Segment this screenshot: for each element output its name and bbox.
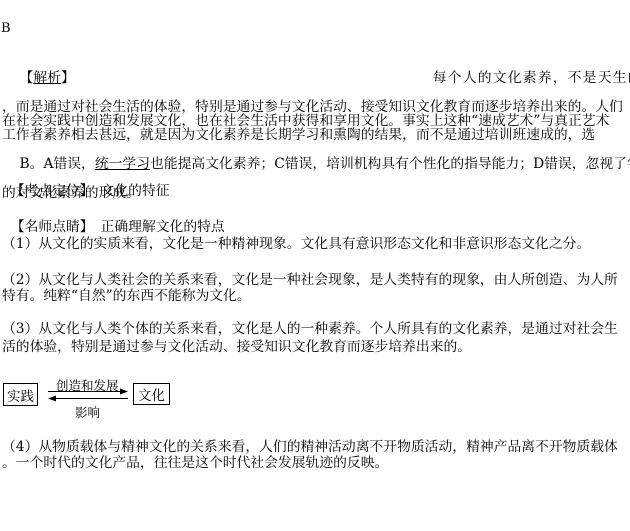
exam-point-tag: 【考点定位】 — [11, 183, 94, 199]
answer-letter: B — [1, 21, 11, 36]
analysis-line-5-post: 也能提高文化素养；C错误，培训机构具有个性化的指导能力；D错误，忽视了学习 — [150, 156, 630, 172]
practice-culture-diagram: 实践 文化 创造和发展 影响 — [0, 370, 200, 422]
tip-point-4-line-2: 。一个时代的文化产品，往往是这个时代社会发展轨迹的反映。 — [2, 455, 618, 471]
tip-point-2-line-2: 特有。纯粹“自然”的东西不能称为文化。 — [2, 288, 618, 304]
tip-point-4: （4）从物质载体与精神文化的关系来看，人们的精神活动离不开物质活动，精神产品离不… — [2, 439, 618, 471]
teacher-tips-tag: 【名师点睛】 — [11, 219, 94, 235]
analysis-line-4: 工作者素养相去甚远，就是因为文化素养是长期学习和熏陶的结果，而不是通过培训班速成… — [2, 128, 630, 142]
diagram-practice-box: 实践 — [3, 383, 38, 406]
analysis-tag-close: 】 — [61, 70, 75, 86]
tip-point-3-line-1: （3）从文化与人类个体的关系来看，文化是人的一种素养。个人所具有的文化素养，是通… — [2, 321, 618, 339]
document-page: { "page": { "answer_letter": "B" }, "ana… — [0, 0, 630, 531]
analysis-tag-open: 【 — [20, 70, 34, 86]
teacher-tips-title: 正确理解文化的特点 — [101, 219, 225, 235]
tip-point-1: （1）从文化的实质来看，文化是一种精神现象。文化具有意识形态文化和非意识形态文化… — [2, 236, 590, 252]
analysis-tag-label: 解析 — [33, 70, 61, 86]
tip-point-3: （3）从文化与人类个体的关系来看，文化是人的一种素养。个人所具有的文化素养，是通… — [2, 321, 618, 356]
diagram-arrows — [46, 386, 130, 404]
exam-point-line: 【考点定位】文化的特征 — [2, 163, 170, 199]
diagram-bottom-arrow-label: 影响 — [75, 403, 100, 421]
teacher-tips-line: 【名师点睛】正确理解文化的特点 — [2, 199, 225, 235]
analysis-line-1: 【解析】每个人的文化素养，不是天生的 — [2, 57, 630, 100]
tip-point-2: （2）从文化与人类社会的关系来看，文化是一种社会现象，是人类特有的现象，由人所创… — [2, 272, 618, 304]
tip-point-2-line-1: （2）从文化与人类社会的关系来看，文化是一种社会现象，是人类特有的现象，由人所创… — [2, 272, 618, 288]
tip-point-4-line-1: （4）从物质载体与精神文化的关系来看，人们的精神活动离不开物质活动，精神产品离不… — [2, 439, 618, 455]
tip-point-3-line-2: 活的体验，特别是通过参与文化活动、接受知识文化教育而逐步培养出来的。 — [2, 339, 618, 357]
exam-point-text: 文化的特征 — [101, 183, 170, 199]
tip-point-1-line-1: （1）从文化的实质来看，文化是一种精神现象。文化具有意识形态文化和非意识形态文化… — [2, 236, 590, 252]
analysis-line-1-text: 每个人的文化素养，不是天生的 — [433, 70, 630, 86]
diagram-culture-box: 文化 — [133, 383, 170, 405]
